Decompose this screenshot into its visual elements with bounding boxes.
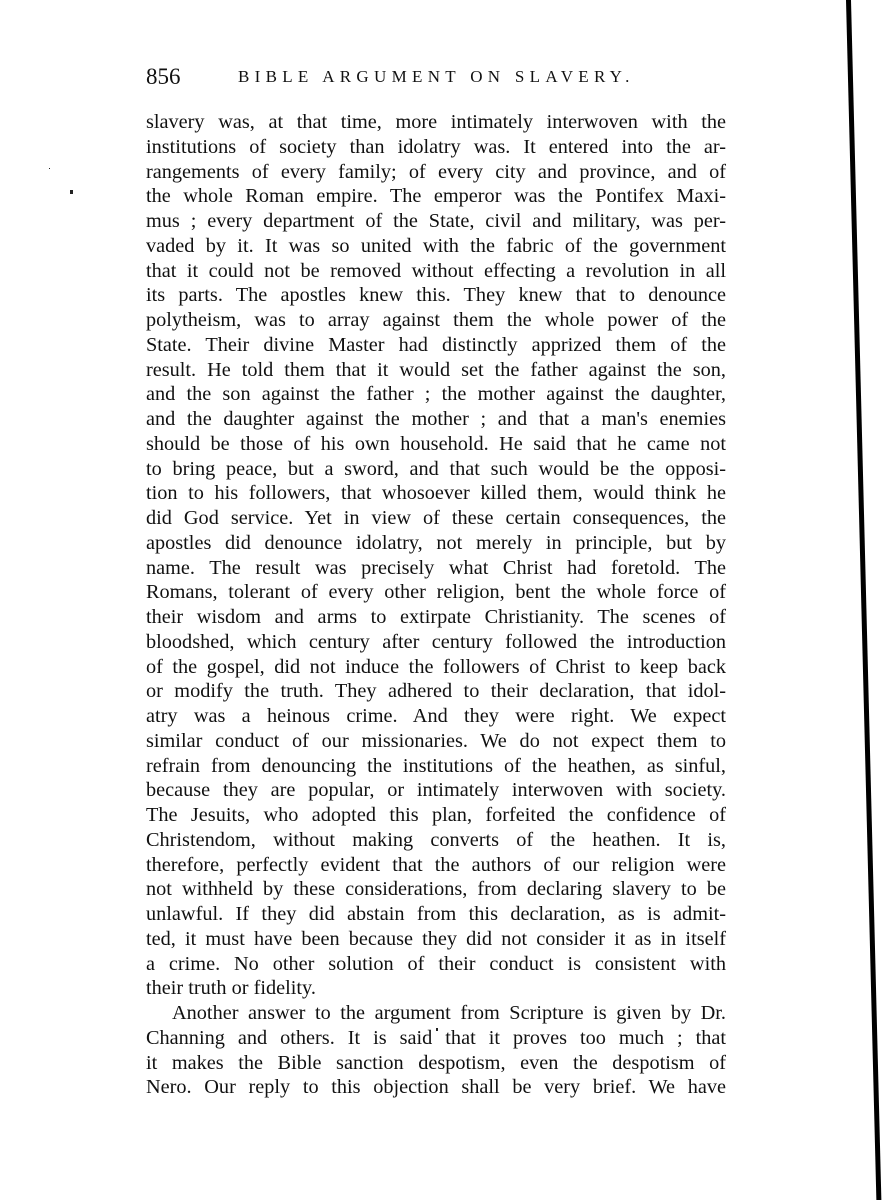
text-line: a crime. No other solution of their cond… bbox=[146, 952, 726, 977]
text-line: mus ; every department of the State, civ… bbox=[146, 209, 726, 234]
text-line: rangements of every family; of every cit… bbox=[146, 160, 726, 185]
text-line: because they are popular, or intimately … bbox=[146, 778, 726, 803]
text-line: name. The result was precisely what Chri… bbox=[146, 556, 726, 581]
text-line: polytheism, was to array against them th… bbox=[146, 308, 726, 333]
text-line: Christendom, without making converts of … bbox=[146, 828, 726, 853]
text-line: that it could not be removed without eff… bbox=[146, 259, 726, 284]
text-line: tion to his followers, that whosoever ki… bbox=[146, 481, 726, 506]
text-line: The Jesuits, who adopted this plan, forf… bbox=[146, 803, 726, 828]
text-line: similar conduct of our missionaries. We … bbox=[146, 729, 726, 754]
text-line: not withheld by these considerations, fr… bbox=[146, 877, 726, 902]
text-line: bloodshed, which century after century f… bbox=[146, 630, 726, 655]
body-text: slavery was, at that time, more intimate… bbox=[146, 110, 726, 1100]
text-line: of the gospel, did not induce the follow… bbox=[146, 655, 726, 680]
text-line: Nero. Our reply to this objection shall … bbox=[146, 1075, 726, 1100]
text-line: therefore, perfectly evident that the au… bbox=[146, 853, 726, 878]
text-line: State. Their divine Master had distinctl… bbox=[146, 333, 726, 358]
text-line: unlawful. If they did abstain from this … bbox=[146, 902, 726, 927]
text-line: the whole Roman empire. The emperor was … bbox=[146, 184, 726, 209]
text-line: refrain from denouncing the institutions… bbox=[146, 754, 726, 779]
running-head: 856 BIBLE ARGUMENT ON SLAVERY. bbox=[146, 62, 726, 92]
text-line: ted, it must have been because they did … bbox=[146, 927, 726, 952]
text-line: and the daughter against the mother ; an… bbox=[146, 407, 726, 432]
text-line: to bring peace, but a sword, and that su… bbox=[146, 457, 726, 482]
text-line: did God service. Yet in view of these ce… bbox=[146, 506, 726, 531]
running-title: BIBLE ARGUMENT ON SLAVERY. bbox=[238, 63, 635, 91]
text-line: it makes the Bible sanction despotism, e… bbox=[146, 1051, 726, 1076]
text-line: should be those of his own household. He… bbox=[146, 432, 726, 457]
text-line: Romans, tolerant of every other religion… bbox=[146, 580, 726, 605]
page-number: 856 bbox=[146, 62, 181, 92]
text-line: slavery was, at that time, more intimate… bbox=[146, 110, 726, 135]
text-line: and the son against the father ; the mot… bbox=[146, 382, 726, 407]
text-line: atry was a heinous crime. And they were … bbox=[146, 704, 726, 729]
text-line: result. He told them that it would set t… bbox=[146, 358, 726, 383]
text-line: vaded by it. It was so united with the f… bbox=[146, 234, 726, 259]
text-line: institutions of society than idolatry wa… bbox=[146, 135, 726, 160]
scan-speck bbox=[70, 190, 73, 194]
paragraph-2: Another answer to the argument from Scri… bbox=[146, 1001, 726, 1100]
text-line: or modify the truth. They adhered to the… bbox=[146, 679, 726, 704]
paragraph-1: slavery was, at that time, more intimate… bbox=[146, 110, 726, 1001]
scan-gutter-edge bbox=[846, 0, 881, 1200]
text-line: Another answer to the argument from Scri… bbox=[146, 1001, 726, 1026]
text-line: apostles did denounce idolatry, not mere… bbox=[146, 531, 726, 556]
text-line: its parts. The apostles knew this. They … bbox=[146, 283, 726, 308]
text-line: their wisdom and arms to extirpate Chris… bbox=[146, 605, 726, 630]
scan-speck bbox=[49, 168, 50, 169]
scanned-book-page: 856 BIBLE ARGUMENT ON SLAVERY. slavery w… bbox=[0, 0, 883, 1200]
text-line: their truth or fidelity. bbox=[146, 976, 726, 1001]
scan-speck bbox=[436, 1028, 438, 1031]
